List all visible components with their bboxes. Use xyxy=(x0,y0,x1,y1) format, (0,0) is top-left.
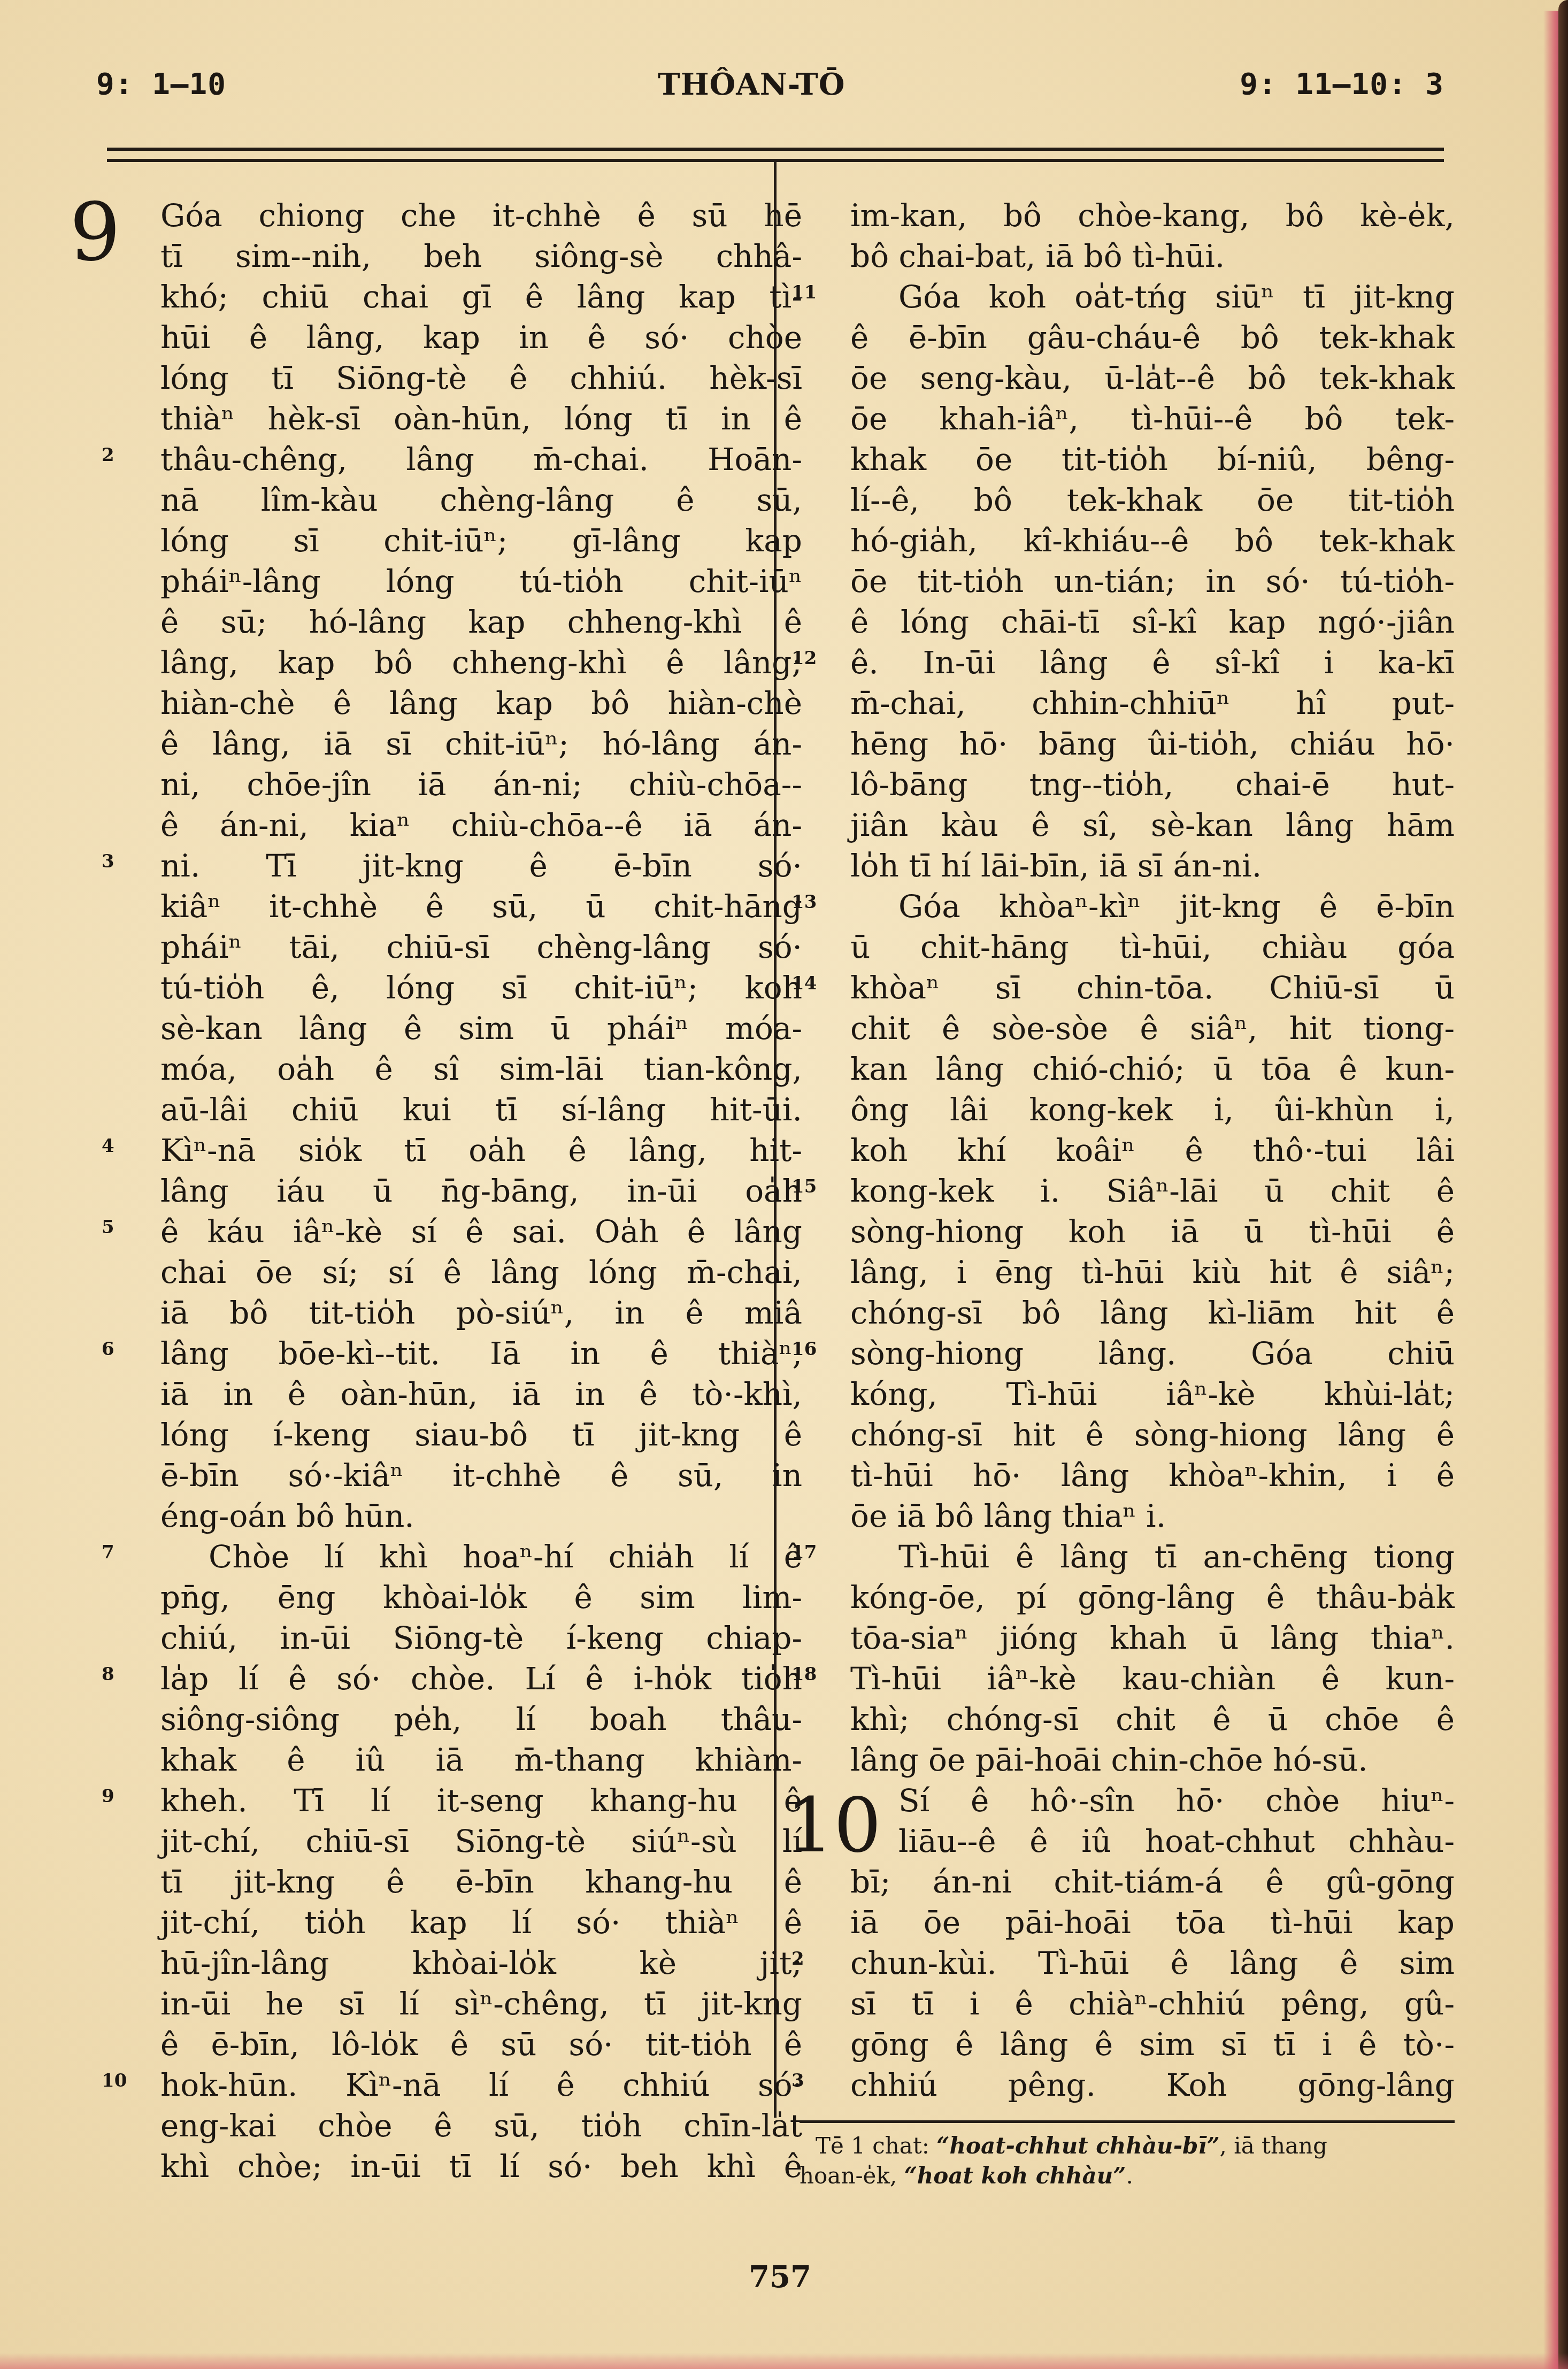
line-text: chai ōe sí; sí ê lâng lóng m̄-chai, xyxy=(160,1254,802,1290)
line-text: khòaⁿ sī chin-tōa. Chiū-sī ū xyxy=(850,970,1455,1006)
line-text: ê án-ni, kiaⁿ chiù-chōa--ê iā án- xyxy=(160,807,802,843)
line-text: tōa-siaⁿ jióng khah ū lâng thiaⁿ. xyxy=(850,1620,1455,1656)
footnote-text: , iā thang xyxy=(1220,2133,1327,2159)
text-line: pháiⁿ-lâng lóng tú-tio̍h chit-iūⁿ xyxy=(160,561,802,602)
text-line: 3ni. Tī jit-kng ê ē-bīn só· xyxy=(160,845,802,886)
text-line: 6lâng bōe-kì--tit. Iā in ê thiàⁿ, xyxy=(160,1333,802,1374)
verse-number: 7 xyxy=(102,1532,144,1573)
line-text: ni. Tī jit-kng ê ē-bīn só· xyxy=(160,848,802,884)
line-text: ê lâng, iā sī chit-iūⁿ; hó-lâng án- xyxy=(160,726,802,762)
text-line: gōng ê lâng ê sim sī tī i ê tò·- xyxy=(850,2024,1455,2065)
footnote-text: Tē 1 chat: xyxy=(816,2133,936,2159)
line-text: aū-lâi chiū kui tī sí-lâng hit-ūi. xyxy=(160,1091,802,1128)
verse-number: 10 xyxy=(102,2060,144,2101)
line-text: ông lâi kong-kek i, ûi-khùn i, xyxy=(850,1091,1455,1128)
text-line: sī tī i ê chiàⁿ-chhiú pêng, gû- xyxy=(850,1983,1455,2024)
header-right-reference: 9: 11—10: 3 xyxy=(1240,67,1444,102)
footnote-quote: “hoat-chhut chhàu-bī” xyxy=(936,2133,1219,2159)
text-line: pháiⁿ tāi, chiū-sī chèng-lâng só· xyxy=(160,927,802,967)
line-text: chóng-sī hit ê sòng-hiong lâng ê xyxy=(850,1417,1455,1453)
verse-number: 2 xyxy=(791,1939,834,1979)
text-line: ōe iā bô lâng thiaⁿ i. xyxy=(850,1496,1455,1536)
line-text: sè-kan lâng ê sim ū pháiⁿ móa- xyxy=(160,1010,802,1047)
line-text: iā in ê oàn-hūn, iā in ê tò·-khì, xyxy=(160,1376,802,1412)
text-line: kóng, Tì-hūi iâⁿ-kè khùi-la̍t; xyxy=(850,1374,1455,1414)
text-line: ni, chōe-jîn iā án-ni; chiù-chōa-- xyxy=(160,764,802,805)
footnote-quote: “hoat koh chhàu” xyxy=(904,2163,1126,2189)
line-text: kheh. Tī lí it-seng khang-hu ê xyxy=(160,1782,802,1819)
line-text: bô chai-bat, iā bô tì-hūi. xyxy=(850,238,1225,274)
text-line: sè-kan lâng ê sim ū pháiⁿ móa- xyxy=(160,1008,802,1049)
line-text: móa, oa̍h ê sî sim-lāi tian-kông, xyxy=(160,1051,802,1087)
line-text: hiàn-chè ê lâng kap bô hiàn-chè xyxy=(160,685,802,721)
line-text: hó-gia̍h, kî-khiáu--ê bô tek-khak xyxy=(850,522,1455,559)
text-line: koh khí koâiⁿ ê thô·-tui lâi xyxy=(850,1130,1455,1171)
text-line: tú-tio̍h ê, lóng sī chit-iūⁿ; koh xyxy=(160,967,802,1008)
text-line: iā bô tit-tio̍h pò-siúⁿ, in ê miâ xyxy=(160,1293,802,1333)
line-text: pháiⁿ-lâng lóng tú-tio̍h chit-iūⁿ xyxy=(160,563,802,599)
text-line: 10hok-hūn. Kìⁿ-nā lí ê chhiú só· xyxy=(160,2065,802,2105)
right-text-column: im-kan, bô chòe-kang, bô kè-e̍k,bô chai-… xyxy=(850,195,1455,2105)
line-text: chhiú pêng. Koh gōng-lâng xyxy=(850,2067,1455,2103)
text-line: 9kheh. Tī lí it-seng khang-hu ê xyxy=(160,1780,802,1821)
text-line: ōe tit-tio̍h un-tián; in só· tú-tio̍h- xyxy=(850,561,1455,602)
footnote-line-1: Tē 1 chat: “hoat-chhut chhàu-bī”, iā tha… xyxy=(800,2131,1457,2161)
text-line: siông-siông pe̍h, lí boah thâu- xyxy=(160,1699,802,1740)
text-line: ōe khah-iâⁿ, tì-hūi--ê bô tek- xyxy=(850,398,1455,439)
text-line: ông lâi kong-kek i, ûi-khùn i, xyxy=(850,1089,1455,1130)
text-line: hūi ê lâng, kap in ê só· chòe xyxy=(160,317,802,358)
line-text: gōng ê lâng ê sim sī tī i ê tò·- xyxy=(850,2026,1455,2063)
text-line: eng-kai chòe ê sū, tio̍h chīn-la̍t xyxy=(160,2105,802,2146)
text-line: ê án-ni, kiaⁿ chiù-chōa--ê iā án- xyxy=(160,805,802,845)
text-line: nā lîm-kàu chèng-lâng ê sū, xyxy=(160,480,802,520)
text-line: lóng sī chit-iūⁿ; gī-lâng kap xyxy=(160,520,802,561)
line-text: tì-hūi hō· lâng khòaⁿ-khin, i ê xyxy=(850,1457,1455,1494)
line-text: lóng tī Siōng-tè ê chhiú. hèk-sī xyxy=(160,360,802,396)
footnote-text: hoan-e̍k, xyxy=(800,2163,904,2189)
line-text: hēng hō· bāng ûi-tio̍h, chiáu hō· xyxy=(850,726,1455,762)
text-line: Góa chiong che it-chhè ê sū hē xyxy=(160,195,802,236)
line-text: lâng ōe pāi-hoāi chin-chōe hó-sū. xyxy=(850,1742,1368,1778)
text-line: 14khòaⁿ sī chin-tōa. Chiū-sī ū xyxy=(850,967,1455,1008)
line-text: ê lóng chāi-tī sî-kî kap ngó·-jiân xyxy=(850,604,1455,640)
page-edge-bottom-stain xyxy=(0,2353,1568,2369)
text-line: 3chhiú pêng. Koh gōng-lâng xyxy=(850,2065,1455,2105)
footnote-line-2: hoan-e̍k, “hoat koh chhàu”. xyxy=(800,2161,1457,2191)
line-text: iā ōe pāi-hoāi tōa tì-hūi kap xyxy=(850,1904,1455,1941)
line-text: lóng sī chit-iūⁿ; gī-lâng kap xyxy=(160,522,802,559)
text-line: jiân kàu ê sî, sè-kan lâng hām xyxy=(850,805,1455,845)
verse-number: 18 xyxy=(791,1654,834,1695)
line-text: m̄-chai, chhin-chhiūⁿ hî put- xyxy=(850,685,1455,721)
line-text: sòng-hiong lâng. Góa chiū xyxy=(850,1335,1455,1372)
line-text: ōe khah-iâⁿ, tì-hūi--ê bô tek- xyxy=(850,401,1455,437)
line-text: jiân kàu ê sî, sè-kan lâng hām xyxy=(850,807,1455,843)
line-text: ê káu iâⁿ-kè sí ê sai. Oa̍h ê lâng xyxy=(160,1213,802,1250)
line-text: lí--ê, bô tek-khak ōe tit-tio̍h xyxy=(850,482,1455,518)
verse-number: 17 xyxy=(791,1532,834,1573)
book-cover-edge xyxy=(1558,0,1568,2369)
line-text: nā lîm-kàu chèng-lâng ê sū, xyxy=(160,482,802,518)
line-text: khì; chóng-sī chit ê ū chōe ê xyxy=(850,1701,1455,1737)
line-text: sī tī i ê chiàⁿ-chhiú pêng, gû- xyxy=(850,1986,1455,2022)
line-text: Tì-hūi iâⁿ-kè kau-chiàn ê kun- xyxy=(850,1660,1455,1697)
line-text: jit-chí, tio̍h kap lí só· thiàⁿ ê xyxy=(160,1904,802,1941)
line-text: khak ê iû iā m̄-thang khiàm- xyxy=(160,1742,802,1778)
text-line: ū chit-hāng tì-hūi, chiàu góa xyxy=(850,927,1455,967)
text-line: ōe seng-kàu, ū-la̍t--ê bô tek-khak xyxy=(850,358,1455,398)
line-text: eng-kai chòe ê sū, tio̍h chīn-la̍t xyxy=(160,2108,802,2144)
line-text: lâng bōe-kì--tit. Iā in ê thiàⁿ, xyxy=(160,1335,802,1372)
line-text: thiàⁿ hèk-sī oàn-hūn, lóng tī in ê xyxy=(160,401,802,437)
book-page: 9: 1—10 THÔAN-TŌ 9: 11—10: 3 9 10 Góa ch… xyxy=(0,0,1568,2369)
line-text: khak ōe tit-tio̍h bí-niû, bêng- xyxy=(850,441,1455,478)
text-line: hiàn-chè ê lâng kap bô hiàn-chè xyxy=(160,683,802,724)
text-line: thiàⁿ hèk-sī oàn-hūn, lóng tī in ê xyxy=(160,398,802,439)
text-line: jit-chí, tio̍h kap lí só· thiàⁿ ê xyxy=(160,1902,802,1943)
line-text: pn̄g, ēng khòai-lo̍k ê sim lim- xyxy=(160,1579,802,1616)
line-text: Sí ê hô·-sîn hō· chòe hiuⁿ- xyxy=(898,1782,1455,1819)
header-rule-top xyxy=(107,148,1444,151)
verse-number: 14 xyxy=(791,963,834,1004)
text-line: khak ōe tit-tio̍h bí-niû, bêng- xyxy=(850,439,1455,480)
text-line: lâng, i ēng tì-hūi kiù hit ê siâⁿ; xyxy=(850,1252,1455,1293)
text-line: in-ūi he sī lí sìⁿ-chêng, tī jit-kng xyxy=(160,1983,802,2024)
text-line: 4Kìⁿ-nā sio̍k tī oa̍h ê lâng, hit- xyxy=(160,1130,802,1171)
line-text: lô-bāng tng--tio̍h, chai-ē hut- xyxy=(850,766,1455,803)
text-line: chóng-sī bô lâng kì-liām hit ê xyxy=(850,1293,1455,1333)
line-text: hū-jîn-lâng khòai-lo̍k kè jit; xyxy=(160,1945,802,1981)
text-line: lóng tī Siōng-tè ê chhiú. hèk-sī xyxy=(160,358,802,398)
text-line: 17Tì-hūi ê lâng tī an-chēng tiong xyxy=(850,1536,1455,1577)
text-line: 2chun-kùi. Tì-hūi ê lâng ê sim xyxy=(850,1943,1455,1983)
text-line: lóng í-keng siau-bô tī jit-kng ê xyxy=(160,1414,802,1455)
left-text-column: Góa chiong che it-chhè ê sū hētī sim--ni… xyxy=(160,195,802,2187)
text-line: 2thâu-chêng, lâng m̄-chai. Hoān- xyxy=(160,439,802,480)
text-line: 12ê. In-ūi lâng ê sî-kî i ka-kī xyxy=(850,642,1455,683)
line-text: kan lâng chió-chió; ū tōa ê kun- xyxy=(850,1051,1455,1087)
text-line: m̄-chai, chhin-chhiūⁿ hî put- xyxy=(850,683,1455,724)
text-line: ê sū; hó-lâng kap chheng-khì ê xyxy=(160,602,802,642)
line-text: hok-hūn. Kìⁿ-nā lí ê chhiú só· xyxy=(160,2067,802,2103)
verse-number: 5 xyxy=(102,1207,144,1248)
text-line: lâng ōe pāi-hoāi chin-chōe hó-sū. xyxy=(850,1740,1455,1780)
text-line: tì-hūi hō· lâng khòaⁿ-khin, i ê xyxy=(850,1455,1455,1496)
text-line: chai ōe sí; sí ê lâng lóng m̄-chai, xyxy=(160,1252,802,1293)
text-line: lo̍h tī hí lāi-bīn, iā sī án-ni. xyxy=(850,845,1455,886)
line-text: lâng, kap bô chheng-khì ê lâng; xyxy=(160,644,802,681)
text-line: 11Góa koh oa̍t-tńg siūⁿ tī jit-kng xyxy=(850,276,1455,317)
verse-number: 4 xyxy=(102,1126,144,1166)
text-line: Sí ê hô·-sîn hō· chòe hiuⁿ- xyxy=(850,1780,1455,1821)
text-line: hēng hō· bāng ûi-tio̍h, chiáu hō· xyxy=(850,724,1455,764)
text-line: chiú, in-ūi Siōng-tè í-keng chiap- xyxy=(160,1618,802,1658)
text-line: 8la̍p lí ê só· chòe. Lí ê i-ho̍k tio̍h xyxy=(160,1658,802,1699)
line-text: kóng, Tì-hūi iâⁿ-kè khùi-la̍t; xyxy=(850,1376,1455,1412)
text-line: ê lóng chāi-tī sî-kî kap ngó·-jiân xyxy=(850,602,1455,642)
line-text: thâu-chêng, lâng m̄-chai. Hoān- xyxy=(160,441,802,478)
text-line: jit-chí, chiū-sī Siōng-tè siúⁿ-sù lí xyxy=(160,1821,802,1862)
verse-number: 13 xyxy=(791,882,834,922)
text-line: ê ē-bīn gâu-cháu-ê bô tek-khak xyxy=(850,317,1455,358)
text-line: tōa-siaⁿ jióng khah ū lâng thiaⁿ. xyxy=(850,1618,1455,1658)
text-line: iā ōe pāi-hoāi tōa tì-hūi kap xyxy=(850,1902,1455,1943)
line-text: Góa khòaⁿ-kìⁿ jit-kng ê ē-bīn xyxy=(898,888,1455,925)
line-text: lo̍h tī hí lāi-bīn, iā sī án-ni. xyxy=(850,848,1262,884)
line-text: lâng, i ēng tì-hūi kiù hit ê siâⁿ; xyxy=(850,1254,1455,1290)
line-text: im-kan, bô chòe-kang, bô kè-e̍k, xyxy=(850,197,1455,234)
line-text: chun-kùi. Tì-hūi ê lâng ê sim xyxy=(850,1945,1455,1981)
line-text: ê sū; hó-lâng kap chheng-khì ê xyxy=(160,604,802,640)
page-number: 757 xyxy=(749,2259,811,2295)
verse-number: 3 xyxy=(791,2060,834,2101)
line-text: ê. In-ūi lâng ê sî-kî i ka-kī xyxy=(850,644,1455,681)
footnote-rule xyxy=(800,2120,1455,2123)
text-line: kóng-ōe, pí gōng-lâng ê thâu-ba̍k xyxy=(850,1577,1455,1618)
line-text: iā bô tit-tio̍h pò-siúⁿ, in ê miâ xyxy=(160,1295,802,1331)
line-text: Góa koh oa̍t-tńg siūⁿ tī jit-kng xyxy=(898,279,1455,315)
text-line: kan lâng chió-chió; ū tōa ê kun- xyxy=(850,1049,1455,1089)
line-text: Chòe lí khì hoaⁿ-hí chia̍h lí ê xyxy=(209,1539,802,1575)
line-text: éng-oán bô hūn. xyxy=(160,1498,414,1534)
line-text: Kìⁿ-nā sio̍k tī oa̍h ê lâng, hit- xyxy=(160,1132,802,1168)
page-edge-red-stain xyxy=(1543,11,1559,2369)
line-text: la̍p lí ê só· chòe. Lí ê i-ho̍k tio̍h xyxy=(160,1660,802,1697)
chapter-number-9: 9 xyxy=(70,193,120,273)
text-line: ē-bīn só·-kiâⁿ it-chhè ê sū, in xyxy=(160,1455,802,1496)
line-text: ē-bīn só·-kiâⁿ it-chhè ê sū, in xyxy=(160,1457,802,1494)
text-line: pn̄g, ēng khòai-lo̍k ê sim lim- xyxy=(160,1577,802,1618)
line-text: Tì-hūi ê lâng tī an-chēng tiong xyxy=(898,1539,1455,1575)
line-text: jit-chí, chiū-sī Siōng-tè siúⁿ-sù lí xyxy=(160,1823,802,1859)
running-header: 9: 1—10 THÔAN-TŌ 9: 11—10: 3 xyxy=(96,67,1444,104)
verse-number: 16 xyxy=(791,1329,834,1370)
verse-number: 8 xyxy=(102,1654,144,1695)
verse-number: 3 xyxy=(102,841,144,882)
text-line: 7Chòe lí khì hoaⁿ-hí chia̍h lí ê xyxy=(160,1536,802,1577)
line-text: chiú, in-ūi Siōng-tè í-keng chiap- xyxy=(160,1620,802,1656)
verse-number: 12 xyxy=(791,638,834,679)
line-text: chóng-sī bô lâng kì-liām hit ê xyxy=(850,1295,1455,1331)
line-text: ōe seng-kàu, ū-la̍t--ê bô tek-khak xyxy=(850,360,1455,396)
verse-number: 11 xyxy=(791,272,834,313)
line-text: ōe tit-tio̍h un-tián; in só· tú-tio̍h- xyxy=(850,563,1455,599)
text-line: khó; chiū chai gī ê lâng kap tì- xyxy=(160,276,802,317)
line-text: siông-siông pe̍h, lí boah thâu- xyxy=(160,1701,802,1737)
verse-number: 15 xyxy=(791,1166,834,1207)
text-line: móa, oa̍h ê sî sim-lāi tian-kông, xyxy=(160,1049,802,1089)
line-text: ê ē-bīn, lô-lo̍k ê sū só· tit-tio̍h ê xyxy=(160,2026,802,2063)
text-line: ê lâng, iā sī chit-iūⁿ; hó-lâng án- xyxy=(160,724,802,764)
text-line: khak ê iû iā m̄-thang khiàm- xyxy=(160,1740,802,1780)
line-text: ōe iā bô lâng thiaⁿ i. xyxy=(850,1498,1166,1534)
line-text: tú-tio̍h ê, lóng sī chit-iūⁿ; koh xyxy=(160,970,802,1006)
line-text: liāu--ê ê iû hoat-chhut chhàu- xyxy=(898,1823,1455,1859)
line-text: kong-kek i. Siâⁿ-lāi ū chit ê xyxy=(850,1173,1455,1209)
footnote-text: . xyxy=(1126,2163,1133,2189)
line-text: koh khí koâiⁿ ê thô·-tui lâi xyxy=(850,1132,1455,1168)
verse-number: 9 xyxy=(102,1776,144,1817)
line-text: lâng iáu ū n̄g-bāng, in-ūi oa̍h xyxy=(160,1173,802,1209)
text-line: khì; chóng-sī chit ê ū chōe ê xyxy=(850,1699,1455,1740)
header-left-reference: 9: 1—10 xyxy=(96,67,226,102)
line-text: kiâⁿ it-chhè ê sū, ū chit-hāng xyxy=(160,888,802,925)
text-line: khì chòe; in-ūi tī lí só· beh khì ê xyxy=(160,2146,802,2187)
text-line: hū-jîn-lâng khòai-lo̍k kè jit; xyxy=(160,1943,802,1983)
text-line: 5ê káu iâⁿ-kè sí ê sai. Oa̍h ê lâng xyxy=(160,1211,802,1252)
line-text: ni, chōe-jîn iā án-ni; chiù-chōa-- xyxy=(160,766,802,803)
text-line: lâng iáu ū n̄g-bāng, in-ūi oa̍h xyxy=(160,1171,802,1211)
line-text: bī; án-ni chit-tiám-á ê gû-gōng xyxy=(850,1864,1455,1900)
text-line: 13Góa khòaⁿ-kìⁿ jit-kng ê ē-bīn xyxy=(850,886,1455,927)
line-text: ê ē-bīn gâu-cháu-ê bô tek-khak xyxy=(850,319,1455,356)
text-line: chit ê sòe-sòe ê siâⁿ, hit tiong- xyxy=(850,1008,1455,1049)
header-book-title: THÔAN-TŌ xyxy=(658,67,845,102)
text-line: 16sòng-hiong lâng. Góa chiū xyxy=(850,1333,1455,1374)
text-line: éng-oán bô hūn. xyxy=(160,1496,802,1536)
line-text: sòng-hiong koh iā ū tì-hūi ê xyxy=(850,1213,1455,1250)
line-text: Góa chiong che it-chhè ê sū hē xyxy=(160,197,802,234)
text-line: im-kan, bô chòe-kang, bô kè-e̍k, xyxy=(850,195,1455,236)
text-line: liāu--ê ê iû hoat-chhut chhàu- xyxy=(850,1821,1455,1862)
text-line: chóng-sī hit ê sòng-hiong lâng ê xyxy=(850,1414,1455,1455)
verse-number: 2 xyxy=(102,435,144,475)
text-line: hó-gia̍h, kî-khiáu--ê bô tek-khak xyxy=(850,520,1455,561)
line-text: lóng í-keng siau-bô tī jit-kng ê xyxy=(160,1417,802,1453)
text-line: iā in ê oàn-hūn, iā in ê tò·-khì, xyxy=(160,1374,802,1414)
text-line: aū-lâi chiū kui tī sí-lâng hit-ūi. xyxy=(160,1089,802,1130)
line-text: ū chit-hāng tì-hūi, chiàu góa xyxy=(850,929,1455,965)
text-line: bī; án-ni chit-tiám-á ê gû-gōng xyxy=(850,1862,1455,1902)
text-line: lô-bāng tng--tio̍h, chai-ē hut- xyxy=(850,764,1455,805)
text-line: kiâⁿ it-chhè ê sū, ū chit-hāng xyxy=(160,886,802,927)
text-line: lí--ê, bô tek-khak ōe tit-tio̍h xyxy=(850,480,1455,520)
line-text: khó; chiū chai gī ê lâng kap tì- xyxy=(160,279,802,315)
line-text: pháiⁿ tāi, chiū-sī chèng-lâng só· xyxy=(160,929,802,965)
line-text: kóng-ōe, pí gōng-lâng ê thâu-ba̍k xyxy=(850,1579,1455,1616)
text-line: 15kong-kek i. Siâⁿ-lāi ū chit ê xyxy=(850,1171,1455,1211)
text-line: ê ē-bīn, lô-lo̍k ê sū só· tit-tio̍h ê xyxy=(160,2024,802,2065)
footnote: Tē 1 chat: “hoat-chhut chhàu-bī”, iā tha… xyxy=(800,2131,1457,2191)
text-line: 18Tì-hūi iâⁿ-kè kau-chiàn ê kun- xyxy=(850,1658,1455,1699)
text-line: tī jit-kng ê ē-bīn khang-hu ê xyxy=(160,1862,802,1902)
line-text: tī jit-kng ê ē-bīn khang-hu ê xyxy=(160,1864,802,1900)
line-text: tī sim--nih, beh siông-sè chhâ- xyxy=(160,238,802,274)
line-text: hūi ê lâng, kap in ê só· chòe xyxy=(160,319,802,356)
text-line: bô chai-bat, iā bô tì-hūi. xyxy=(850,236,1455,276)
line-text: in-ūi he sī lí sìⁿ-chêng, tī jit-kng xyxy=(160,1986,802,2022)
line-text: chit ê sòe-sòe ê siâⁿ, hit tiong- xyxy=(850,1010,1455,1047)
text-line: tī sim--nih, beh siông-sè chhâ- xyxy=(160,236,802,276)
text-line: sòng-hiong koh iā ū tì-hūi ê xyxy=(850,1211,1455,1252)
line-text: khì chòe; in-ūi tī lí só· beh khì ê xyxy=(160,2148,802,2185)
text-line: lâng, kap bô chheng-khì ê lâng; xyxy=(160,642,802,683)
verse-number: 6 xyxy=(102,1329,144,1370)
